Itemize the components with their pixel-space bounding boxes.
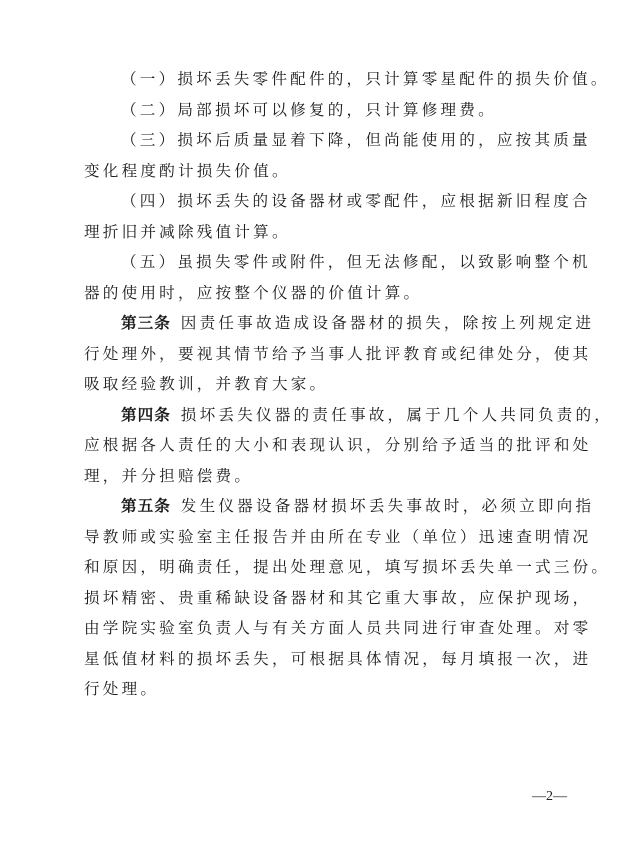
line-text: （四）损坏丢失的设备器材或零配件，应根据新旧程度合 bbox=[121, 192, 591, 210]
page-number: —2— bbox=[532, 789, 567, 805]
document-page: （一）损坏丢失零件配件的，只计算零星配件的损失价值。 （二）局部损坏可以修复的，… bbox=[0, 0, 630, 842]
line-text: 星低值材料的损坏丢失，可根据具体情况，每月填报一次，进 bbox=[84, 650, 591, 668]
line-text: 发生仪器设备器材损坏丢失事故时，必须立即向指 bbox=[181, 497, 594, 515]
text-line: 导教师或实验室主任报告并由所在专业（单位）迅速查明情况 bbox=[84, 522, 564, 553]
article-5-line: 第五条发生仪器设备器材损坏丢失事故时，必须立即向指 bbox=[84, 491, 564, 522]
line-text: 应根据各人责任的大小和表现认识，分别给予适当的批评和处 bbox=[84, 436, 591, 454]
text-line: 损坏精密、贵重稀缺设备器材和其它重大事故，应保护现场， bbox=[84, 583, 564, 614]
article-3-line: 第三条因责任事故造成设备器材的损失，除按上列规定进 bbox=[84, 308, 564, 339]
text-line: 行处理。 bbox=[84, 674, 564, 705]
article-4-line: 第四条损坏丢失仪器的责任事故，属于几个人共同负责的， bbox=[84, 400, 564, 431]
article-label: 第三条 bbox=[121, 313, 171, 332]
text-line: （一）损坏丢失零件配件的，只计算零星配件的损失价值。 bbox=[84, 64, 564, 95]
line-text: 变化程度酌计损失价值。 bbox=[84, 162, 291, 180]
line-text: 因责任事故造成设备器材的损失，除按上列规定进 bbox=[181, 314, 594, 332]
line-text: 损坏精密、贵重稀缺设备器材和其它重大事故，应保护现场， bbox=[84, 589, 591, 607]
text-line: （三）损坏后质量显着下降，但尚能使用的，应按其质量 bbox=[84, 125, 564, 156]
line-text: 由学院实验室负责人与有关方面人员共同进行审查处理。对零 bbox=[84, 619, 591, 637]
text-line: 由学院实验室负责人与有关方面人员共同进行审查处理。对零 bbox=[84, 613, 564, 644]
line-text: 行处理。 bbox=[84, 680, 159, 698]
line-text: （二）局部损坏可以修复的，只计算修理费。 bbox=[121, 101, 497, 119]
text-line: 行处理外，要视其情节给予当事人批评教育或纪律处分，使其 bbox=[84, 339, 564, 370]
line-text: （五）虽损失零件或附件，但无法修配，以致影响整个机 bbox=[121, 253, 591, 271]
line-text: 吸取经验教训，并教育大家。 bbox=[84, 375, 328, 393]
article-label: 第五条 bbox=[121, 496, 171, 515]
line-text: 器的使用时，应按整个仪器的价值计算。 bbox=[84, 284, 422, 302]
line-text: （一）损坏丢失零件配件的，只计算零星配件的损失价值。 bbox=[121, 70, 610, 88]
text-line: 吸取经验教训，并教育大家。 bbox=[84, 369, 564, 400]
text-line: 变化程度酌计损失价值。 bbox=[84, 156, 564, 187]
line-text: 理折旧并减除残值计算。 bbox=[84, 223, 291, 241]
line-text: 和原因，明确责任，提出处理意见，填写损坏丢失单一式三份。 bbox=[84, 558, 610, 576]
line-text: 行处理外，要视其情节给予当事人批评教育或纪律处分，使其 bbox=[84, 345, 591, 363]
line-text: 损坏丢失仪器的责任事故，属于几个人共同负责的， bbox=[181, 406, 613, 424]
text-line: 理，并分担赔偿费。 bbox=[84, 461, 564, 492]
line-text: 理，并分担赔偿费。 bbox=[84, 467, 253, 485]
text-line: （四）损坏丢失的设备器材或零配件，应根据新旧程度合 bbox=[84, 186, 564, 217]
text-line: 理折旧并减除残值计算。 bbox=[84, 217, 564, 248]
line-text: 导教师或实验室主任报告并由所在专业（单位）迅速查明情况 bbox=[84, 528, 591, 546]
text-line: 应根据各人责任的大小和表现认识，分别给予适当的批评和处 bbox=[84, 430, 564, 461]
text-line: 星低值材料的损坏丢失，可根据具体情况，每月填报一次，进 bbox=[84, 644, 564, 675]
text-line: （五）虽损失零件或附件，但无法修配，以致影响整个机 bbox=[84, 247, 564, 278]
line-text: （三）损坏后质量显着下降，但尚能使用的，应按其质量 bbox=[121, 131, 591, 149]
text-line: 器的使用时，应按整个仪器的价值计算。 bbox=[84, 278, 564, 309]
text-line: （二）局部损坏可以修复的，只计算修理费。 bbox=[84, 95, 564, 126]
text-line: 和原因，明确责任，提出处理意见，填写损坏丢失单一式三份。 bbox=[84, 552, 564, 583]
article-label: 第四条 bbox=[121, 405, 171, 424]
document-body: （一）损坏丢失零件配件的，只计算零星配件的损失价值。 （二）局部损坏可以修复的，… bbox=[84, 64, 564, 705]
